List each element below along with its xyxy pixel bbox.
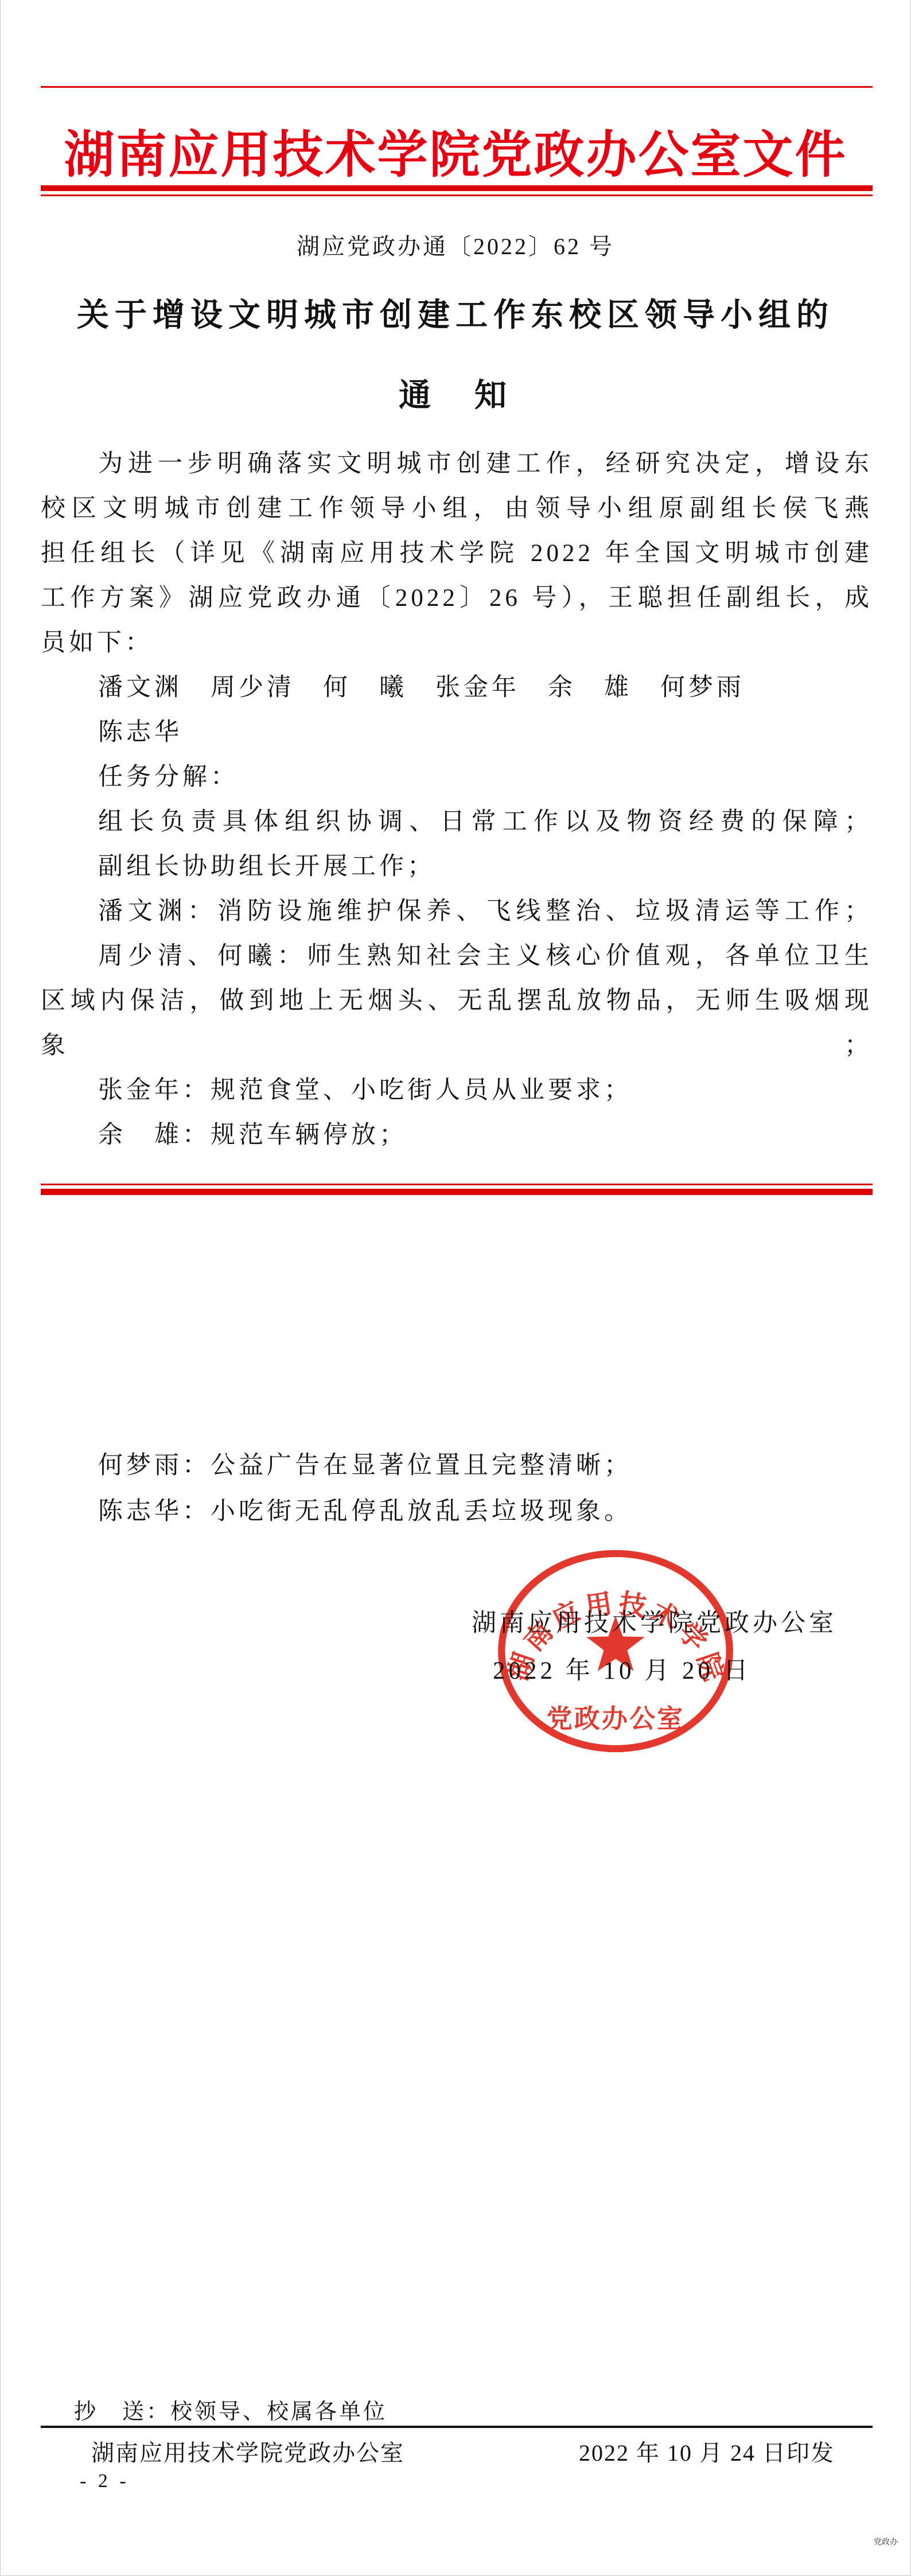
doc-title-line1: 关于增设文明城市创建工作东校区领导小组的 (1, 290, 910, 336)
members-line: 陈志华 (41, 710, 873, 755)
cc-line: 抄 送：校领导、校属各单位 (74, 2394, 387, 2425)
members-line: 潘文渊 周少清 何 曦 张金年 余 雄 何梦雨 (41, 666, 873, 710)
addendum-line: 何梦雨：公益广告在显著位置且完整清晰； (41, 1443, 873, 1489)
task-line: 副组长协助组长开展工作； (41, 845, 873, 889)
document-banner: 湖南应用技术学院党政办公室文件 (1, 115, 910, 187)
seal-bottom-text: 党政办公室 (547, 1705, 685, 1733)
footer-issuer: 湖南应用技术学院党政办公室 (41, 2435, 404, 2468)
footer-row: 湖南应用技术学院党政办公室 2022 年 10 月 24 日印发 (41, 2435, 873, 2468)
page-number: - 2 - (80, 2470, 130, 2492)
addendum-block: 何梦雨：公益广告在显著位置且完整清晰； 陈志华：小吃街无乱停乱放乱丢垃圾现象。 (41, 1443, 873, 1535)
task-line: 区域内保洁，做到地上无烟头、无乱摆乱放物品，无师生吸烟现象； (41, 979, 873, 1068)
body-line: 为进一步明确落实文明城市创建工作，经研究决定，增设东 (41, 442, 873, 487)
document-body: 为进一步明确落实文明城市创建工作，经研究决定，增设东 校区文明城市创建工作领导小… (41, 442, 873, 1158)
body-line: 担任组长（详见《湖南应用技术学院 2022 年全国文明城市创建 (41, 531, 873, 576)
signature-org: 湖南应用技术学院党政办公室 (472, 1604, 837, 1639)
footer-rule (41, 2426, 873, 2428)
task-line: 组长负责具体组织协调、日常工作以及物资经费的保障； (41, 800, 873, 845)
header-rule-thick (41, 185, 873, 191)
mid-rule-thin (41, 1184, 873, 1185)
doc-title-line2: 通 知 (1, 370, 910, 416)
signature-date: 2022 年 10 月 20 日 (493, 1651, 752, 1686)
top-red-line (41, 86, 873, 88)
task-line: 周少清、何曦：师生熟知社会主义核心价值观，各单位卫生 (41, 934, 873, 979)
footer-print-date: 2022 年 10 月 24 日印发 (579, 2435, 873, 2468)
task-header: 任务分解： (41, 755, 873, 800)
addendum-line: 陈志华：小吃街无乱停乱放乱丢垃圾现象。 (41, 1489, 873, 1535)
mid-rule-thick (41, 1189, 873, 1195)
official-document-page: 湖南应用技术学院党政办公室文件 湖应党政办通〔2022〕62 号 关于增设文明城… (0, 0, 911, 2576)
task-line: 余 雄：规范车辆停放； (41, 1113, 873, 1158)
doc-number: 湖应党政办通〔2022〕62 号 (1, 228, 910, 261)
body-line: 员如下： (41, 621, 873, 666)
task-line: 潘文渊：消防设施维护保养、飞线整治、垃圾清运等工作； (41, 889, 873, 934)
task-line: 张金年：规范食堂、小吃街人员从业要求； (41, 1068, 873, 1113)
header-rule-thin (41, 194, 873, 196)
corner-note: 党政办 (874, 2536, 898, 2547)
body-line: 工作方案》湖应党政办通〔2022〕26 号），王聪担任副组长，成 (41, 576, 873, 621)
body-line: 校区文明城市创建工作领导小组，由领导小组原副组长侯飞燕 (41, 487, 873, 531)
